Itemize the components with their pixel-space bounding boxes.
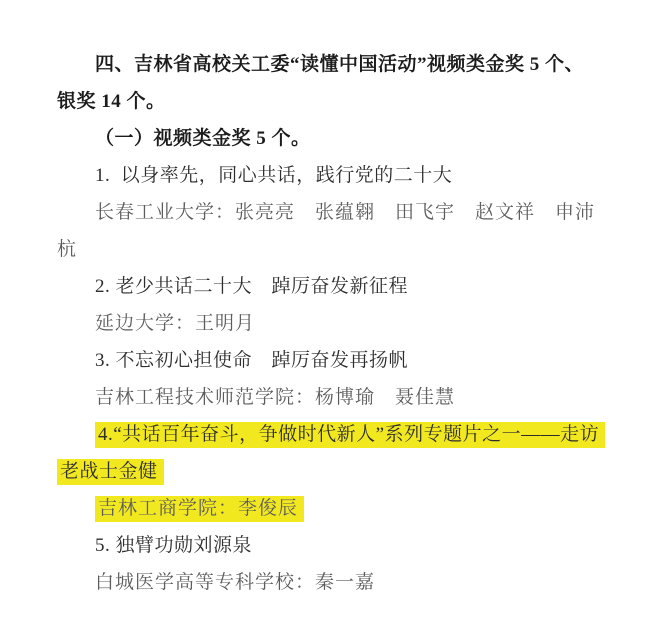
- award-school: 长春工业大学：张亮亮 张蕴翱 田飞宇 赵文祥 申沛杭: [57, 194, 600, 268]
- award-school-text: 吉林工程技术师范学院：杨博瑜 聂佳慧: [95, 387, 455, 408]
- award-school: 白城医学高等专科学校：秦一嘉: [57, 564, 600, 601]
- award-school-text: 长春工业大学：张亮亮 张蕴翱 田飞宇 赵文祥 申沛杭: [57, 202, 595, 260]
- highlighted-award-school-text: 吉林工商学院：李俊辰: [95, 496, 304, 522]
- subsection-heading: （一）视频类金奖 5 个。: [57, 120, 600, 157]
- award-school-text: 白城医学高等专科学校：秦一嘉: [95, 572, 375, 593]
- award-title: 2. 老少共话二十大 踔厉奋发新征程: [57, 268, 600, 305]
- award-entry: 2. 老少共话二十大 踔厉奋发新征程 延边大学：王明月: [57, 268, 600, 342]
- award-title-text: 2. 老少共话二十大 踔厉奋发新征程: [95, 276, 408, 297]
- award-title: 1. 以身率先，同心共话，践行党的二十大: [57, 157, 600, 194]
- highlighted-award-title-text: 4.“共话百年奋斗，争做时代新人”系列专题片之一——走访老战士金健: [57, 422, 605, 485]
- award-school-text: 延边大学：王明月: [95, 313, 255, 334]
- section-heading: 四、吉林省高校关工委“读懂中国活动”视频类金奖 5 个、银奖 14 个。: [57, 46, 600, 120]
- award-entry: 3. 不忘初心担使命 踔厉奋发再扬帆 吉林工程技术师范学院：杨博瑜 聂佳慧: [57, 342, 600, 416]
- award-school: 延边大学：王明月: [57, 305, 600, 342]
- award-entry: 4.“共话百年奋斗，争做时代新人”系列专题片之一——走访老战士金健 吉林工商学院…: [57, 416, 600, 527]
- award-school: 吉林工程技术师范学院：杨博瑜 聂佳慧: [57, 379, 600, 416]
- award-entry: 1. 以身率先，同心共话，践行党的二十大 长春工业大学：张亮亮 张蕴翱 田飞宇 …: [57, 157, 600, 268]
- award-title: 3. 不忘初心担使命 踔厉奋发再扬帆: [57, 342, 600, 379]
- award-entry: 5. 独臂功勋刘源泉 白城医学高等专科学校：秦一嘉: [57, 527, 600, 601]
- award-school: 吉林工商学院：李俊辰: [57, 490, 600, 527]
- award-title-text: 3. 不忘初心担使命 踔厉奋发再扬帆: [95, 350, 408, 371]
- document-page: 四、吉林省高校关工委“读懂中国活动”视频类金奖 5 个、银奖 14 个。 （一）…: [0, 0, 648, 617]
- award-title-text: 5. 独臂功勋刘源泉: [95, 535, 252, 556]
- award-title-text: 1. 以身率先，同心共话，践行党的二十大: [95, 165, 452, 186]
- award-title: 4.“共话百年奋斗，争做时代新人”系列专题片之一——走访老战士金健: [57, 416, 600, 490]
- award-title: 5. 独臂功勋刘源泉: [57, 527, 600, 564]
